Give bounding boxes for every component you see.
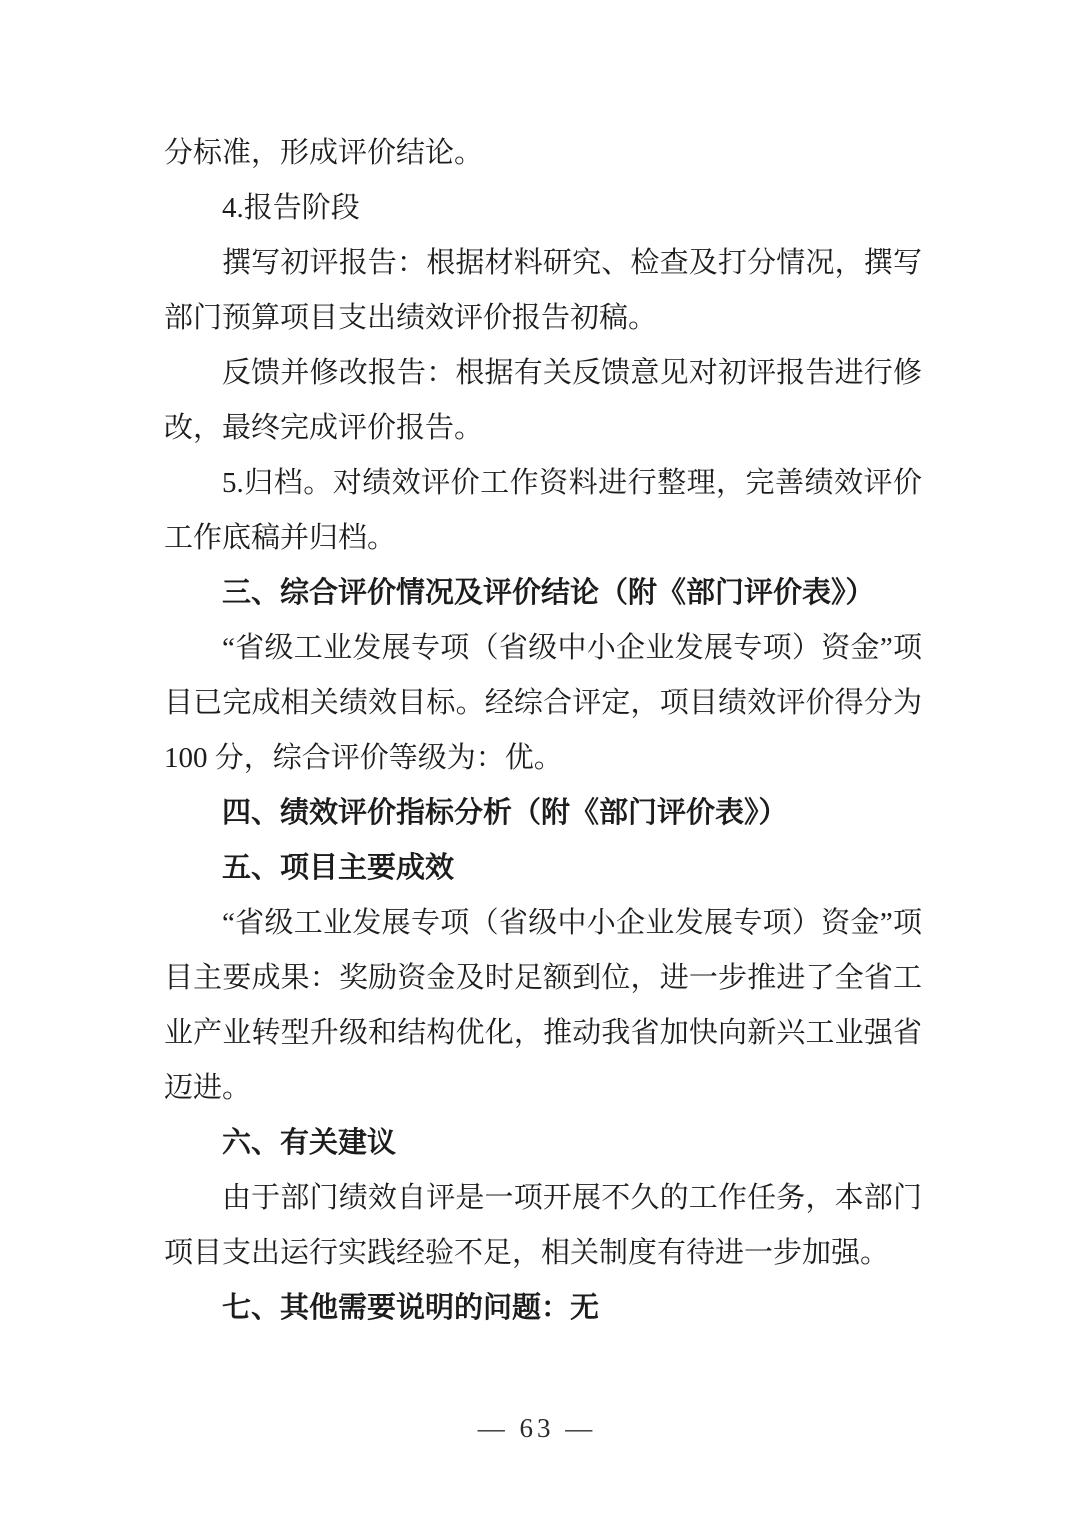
paragraph: 分标准，形成评价结论。 [164,126,922,181]
paragraph: 5.归档。对绩效评价工作资料进行整理，完善绩效评价工作底稿并归档。 [164,456,922,566]
section-heading: 四、绩效评价指标分析（附《部门评价表》） [164,786,922,841]
section-heading: 三、综合评价情况及评价结论（附《部门评价表》） [164,566,922,621]
paragraph: 撰写初评报告：根据材料研究、检查及打分情况，撰写部门预算项目支出绩效评价报告初稿… [164,236,922,346]
section-heading: 六、有关建议 [164,1116,922,1171]
paragraph: “省级工业发展专项（省级中小企业发展专项）资金”项目已完成相关绩效目标。经综合评… [164,621,922,786]
paragraph: 由于部门绩效自评是一项开展不久的工作任务，本部门项目支出运行实践经验不足，相关制… [164,1171,922,1281]
section-heading: 五、项目主要成效 [164,841,922,896]
paragraph: 4.报告阶段 [164,181,922,236]
paragraph: 反馈并修改报告：根据有关反馈意见对初评报告进行修改，最终完成评价报告。 [164,346,922,456]
paragraph: “省级工业发展专项（省级中小企业发展专项）资金”项目主要成果：奖励资金及时足额到… [164,896,922,1116]
page-footer: — 63 — [0,1413,1074,1444]
section-heading: 七、其他需要说明的问题：无 [164,1281,922,1336]
document-body: 分标准，形成评价结论。4.报告阶段撰写初评报告：根据材料研究、检查及打分情况，撰… [164,126,922,1336]
page-number: — 63 — [478,1413,597,1443]
document-page: 分标准，形成评价结论。4.报告阶段撰写初评报告：根据材料研究、检查及打分情况，撰… [0,0,1074,1520]
